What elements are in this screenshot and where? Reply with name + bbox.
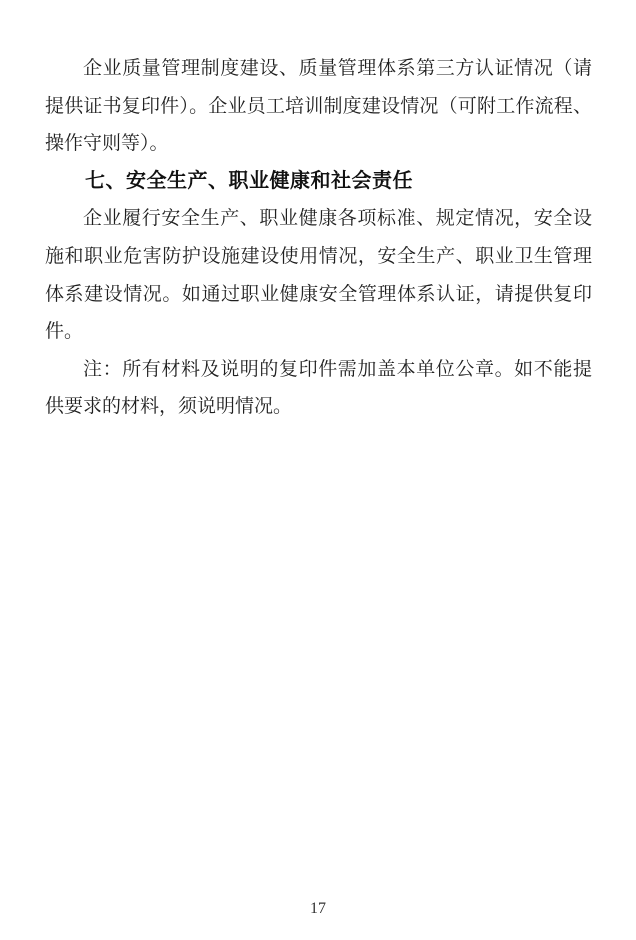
paragraph-quality-management: 企业质量管理制度建设、质量管理体系第三方认证情况（请提供证书复印件）。企业员工培… [45,50,592,163]
document-page: 企业质量管理制度建设、质量管理体系第三方认证情况（请提供证书复印件）。企业员工培… [0,0,636,940]
section-heading-7-safety: 七、安全生产、职业健康和社会责任 [45,163,592,201]
page-number: 17 [0,900,636,918]
paragraph-safety-production: 企业履行安全生产、职业健康各项标准、规定情况，安全设施和职业危害防护设施建设使用… [45,200,592,350]
document-content: 企业质量管理制度建设、质量管理体系第三方认证情况（请提供证书复印件）。企业员工培… [45,50,592,426]
paragraph-note-stamp-requirement: 注：所有材料及说明的复印件需加盖本单位公章。如不能提供要求的材料，须说明情况。 [45,351,592,426]
